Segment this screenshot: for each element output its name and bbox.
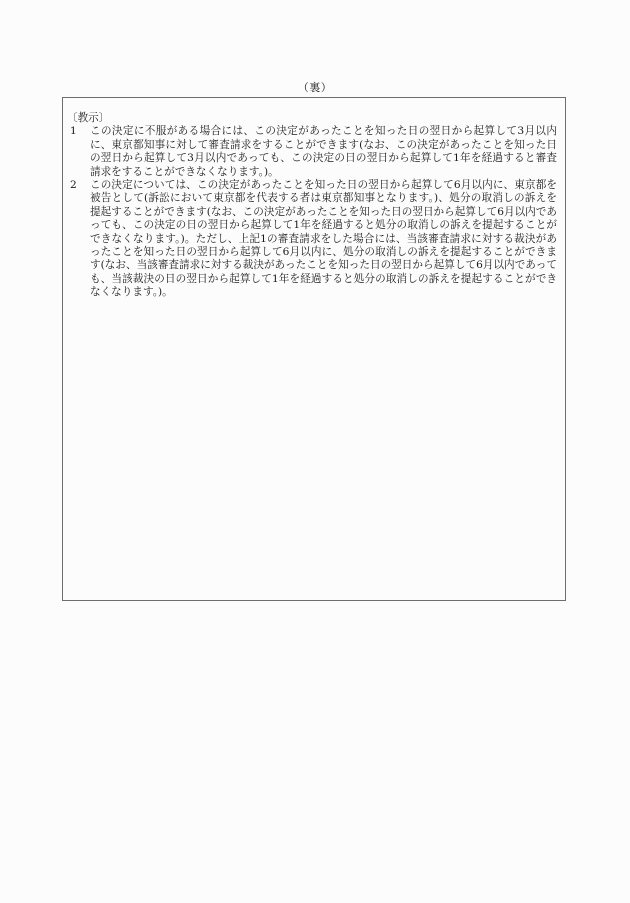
notice-item-1: 1 この決定に不服がある場合には、この決定があったことを知った日の翌日から起算し… [69, 125, 557, 179]
notice-heading: 〔教示〕 [67, 112, 557, 125]
notice-item-2: 2 この決定については、この決定があったことを知った日の翌日から起算して6月以内… [69, 179, 557, 300]
item-text: この決定については、この決定があったことを知った日の翌日から起算して6月以内に、… [80, 179, 557, 300]
item-text: この決定に不服がある場合には、この決定があったことを知った日の翌日から起算して3… [80, 125, 557, 179]
page-side-label: （裏） [0, 81, 630, 94]
notice-content: 〔教示〕 1 この決定に不服がある場合には、この決定があったことを知った日の翌日… [69, 112, 557, 300]
notice-frame: 〔教示〕 1 この決定に不服がある場合には、この決定があったことを知った日の翌日… [62, 97, 566, 601]
